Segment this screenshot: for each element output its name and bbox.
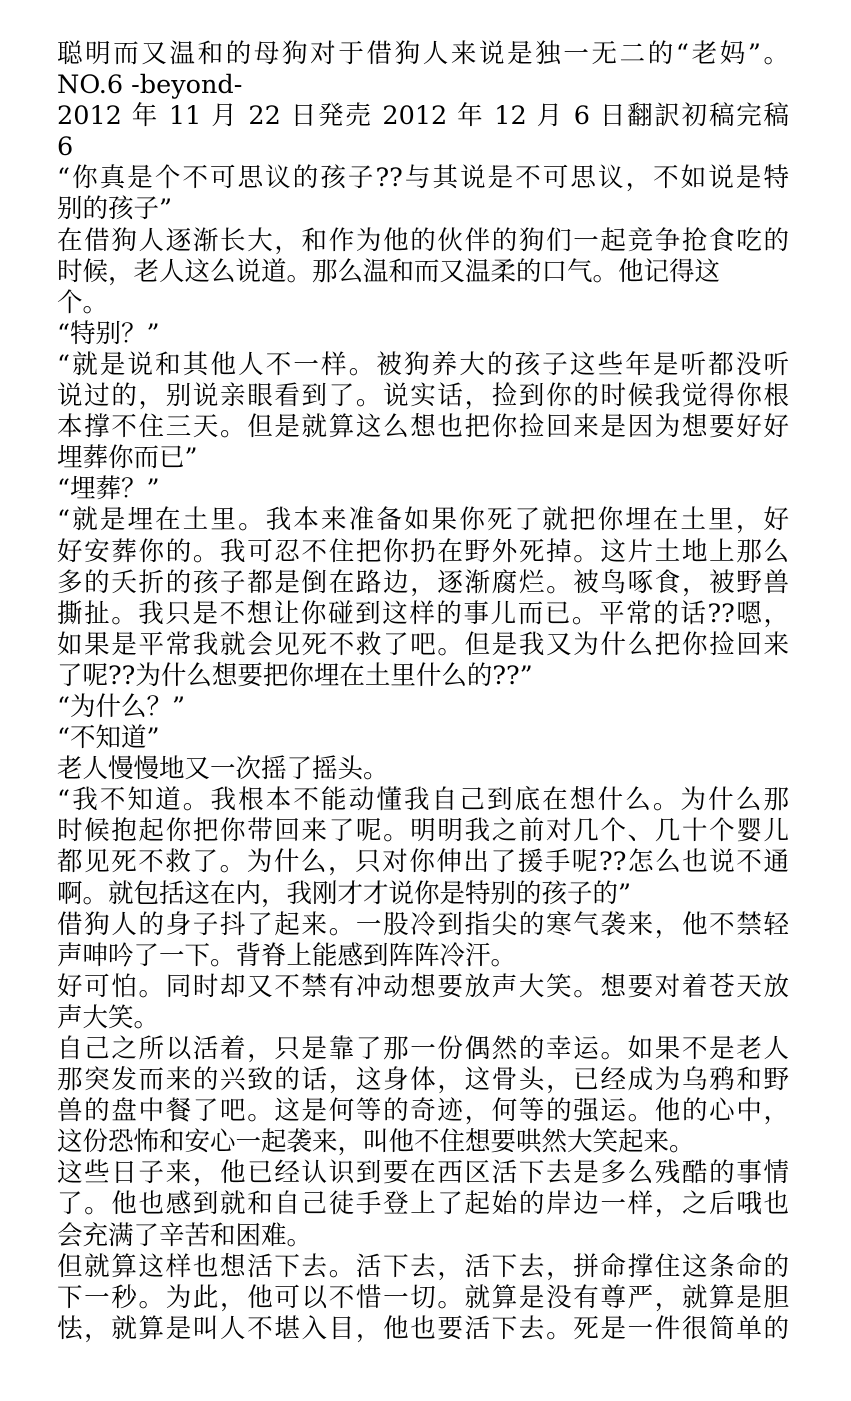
text-line: 埋葬你而已” bbox=[57, 443, 789, 474]
text-line: “为什么？” bbox=[57, 692, 789, 723]
text-line: 如果是平常我就会见死不救了吧。但是我又为什么把你捡回来 bbox=[57, 630, 789, 661]
text-line: NO.6 -beyond- bbox=[57, 70, 789, 101]
text-line: 6 bbox=[57, 132, 789, 163]
text-line: 兽的盘中餐了吧。这是何等的奇迹，何等的强运。他的心中， bbox=[57, 1096, 789, 1127]
text-line: 借狗人的身子抖了起来。一股冷到指尖的寒气袭来，他不禁轻 bbox=[57, 910, 789, 941]
text-line: “不知道” bbox=[57, 723, 789, 754]
text-line: “就是说和其他人不一样。被狗养大的孩子这些年是听都没听 bbox=[57, 350, 789, 381]
text-line: 时候，老人这么说道。那么温和而又温柔的口气。他记得这 bbox=[57, 257, 789, 288]
text-line: “你真是个不可思议的孩子??与其说是不可思议，不如说是特 bbox=[57, 163, 789, 194]
text-line: 老人慢慢地又一次摇了摇头。 bbox=[57, 754, 789, 785]
text-line: 了呢??为什么想要把你埋在土里什么的??” bbox=[57, 661, 789, 692]
text-line: 本撑不住三天。但是就算这么想也把你捡回来是因为想要好好 bbox=[57, 412, 789, 443]
text-line: 多的夭折的孩子都是倒在路边，逐渐腐烂。被鸟啄食，被野兽 bbox=[57, 568, 789, 599]
text-line: 声呻吟了一下。背脊上能感到阵阵冷汗。 bbox=[57, 941, 789, 972]
text-line: 这些日子来，他已经认识到要在西区活下去是多么残酷的事情 bbox=[57, 1158, 789, 1189]
text-line: “就是埋在土里。我本来准备如果你死了就把你埋在土里，好 bbox=[57, 505, 789, 536]
text-line: 这份恐怖和安心一起袭来，叫他不住想要哄然大笑起来。 bbox=[57, 1127, 789, 1158]
text-line: 那突发而来的兴致的话，这身体，这骨头，已经成为乌鸦和野 bbox=[57, 1065, 789, 1096]
text-line: 撕扯。我只是不想让你碰到这样的事儿而已。平常的话??嗯， bbox=[57, 599, 789, 630]
text-line: 别的孩子” bbox=[57, 194, 789, 225]
text-line: 好可怕。同时却又不禁有冲动想要放声大笑。想要对着苍天放 bbox=[57, 972, 789, 1003]
text-line: 聪明而又温和的母狗对于借狗人来说是独一无二的“老妈”。 bbox=[57, 39, 789, 70]
text-line: 声大笑。 bbox=[57, 1003, 789, 1034]
text-line: “特别？” bbox=[57, 319, 789, 350]
text-line: 会充满了辛苦和困难。 bbox=[57, 1221, 789, 1252]
text-line: “埋葬？” bbox=[57, 474, 789, 505]
text-line: 好安葬你的。我可忍不住把你扔在野外死掉。这片土地上那么 bbox=[57, 537, 789, 568]
text-line: 时候抱起你把你带回来了呢。明明我之前对几个、几十个婴儿 bbox=[57, 816, 789, 847]
text-line: 自己之所以活着，只是靠了那一份偶然的幸运。如果不是老人 bbox=[57, 1034, 789, 1065]
text-line: 2012 年 11 月 22 日発売 2012 年 12 月 6 日翻訳初稿完稿 bbox=[57, 101, 789, 132]
text-line: 但就算这样也想活下去。活下去，活下去，拼命撑住这条命的 bbox=[57, 1252, 789, 1283]
text-line: 啊。就包括这在内，我刚才才说你是特别的孩子的” bbox=[57, 879, 789, 910]
text-line: 都见死不救了。为什么，只对你伸出了援手呢??怎么也说不通 bbox=[57, 847, 789, 878]
text-line: 在借狗人逐渐长大，和作为他的伙伴的狗们一起竞争抢食吃的 bbox=[57, 226, 789, 257]
text-line: 个。 bbox=[57, 288, 789, 319]
text-line: 说过的，别说亲眼看到了。说实话，捡到你的时候我觉得你根 bbox=[57, 381, 789, 412]
text-line: 下一秒。为此，他可以不惜一切。就算是没有尊严，就算是胆 bbox=[57, 1283, 789, 1314]
text-line: 怯，就算是叫人不堪入目，他也要活下去。死是一件很简单的 bbox=[57, 1314, 789, 1345]
document-page: 聪明而又温和的母狗对于借狗人来说是独一无二的“老妈”。 NO.6 -beyond… bbox=[57, 39, 789, 1345]
text-line: 了。他也感到就和自己徒手登上了起始的岸边一样，之后哦也 bbox=[57, 1189, 789, 1220]
text-line: “我不知道。我根本不能动懂我自己到底在想什么。为什么那 bbox=[57, 785, 789, 816]
